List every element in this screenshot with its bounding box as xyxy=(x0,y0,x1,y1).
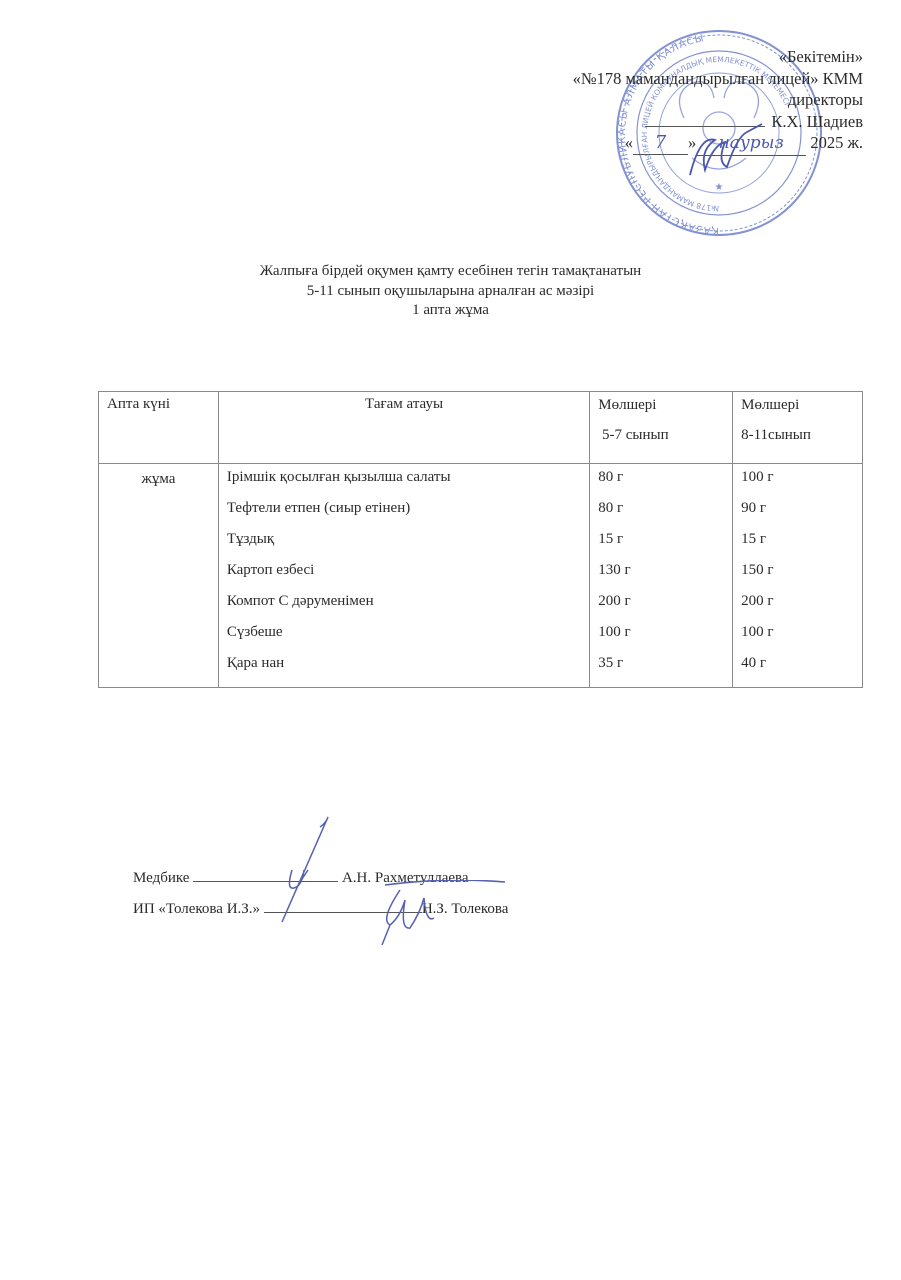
dish-name: Тұздық xyxy=(219,528,589,559)
qty-8-11-value: 90 г xyxy=(733,497,862,528)
menu-table: Апта күні Тағам атауы Мөлшері 5-7 сынып … xyxy=(98,391,863,688)
table-body-row: жұма Ірімшік қосылған қызылша салатыТефт… xyxy=(99,464,863,688)
dish-name: Компот С дәруменімен xyxy=(219,590,589,621)
nurse-signature xyxy=(270,812,350,932)
qty-5-7-value: 35 г xyxy=(590,652,732,683)
header-qty-5-7: Мөлшері 5-7 сынып xyxy=(590,392,733,464)
qty-8-11-value: 200 г xyxy=(733,590,862,621)
dish-column: Ірімшік қосылған қызылша салатыТефтели е… xyxy=(218,464,589,688)
dish-name: Қара нан xyxy=(219,652,589,683)
title-line-3: 1 апта жұма xyxy=(0,301,901,321)
approval-position: директоры xyxy=(573,89,863,111)
approval-organization: «№178 мамандандырылған лицей» КММ xyxy=(573,68,863,90)
director-signature xyxy=(660,120,790,190)
qty-8-11-value: 100 г xyxy=(733,621,862,652)
title-line-2: 5-11 сынып оқушыларына арналған ас мәзір… xyxy=(0,282,901,302)
table-header-row: Апта күні Тағам атауы Мөлшері 5-7 сынып … xyxy=(99,392,863,464)
qty-5-7-value: 130 г xyxy=(590,559,732,590)
header-dish: Тағам атауы xyxy=(218,392,589,464)
day-cell: жұма xyxy=(99,464,219,688)
dish-name: Картоп езбесі xyxy=(219,559,589,590)
header-qty-8-11: Мөлшері8-11сынып xyxy=(733,392,863,464)
header-day: Апта күні xyxy=(99,392,219,464)
qty-5-7-value: 200 г xyxy=(590,590,732,621)
qty-5-7-value: 80 г xyxy=(590,497,732,528)
dish-name: Ірімшік қосылған қызылша салаты xyxy=(219,466,589,497)
qty-8-11-value: 100 г xyxy=(733,466,862,497)
qty-8-11-value: 150 г xyxy=(733,559,862,590)
qty-8-11-value: 40 г xyxy=(733,652,862,683)
qty-5-7-value: 15 г xyxy=(590,528,732,559)
qty-8-11-value: 15 г xyxy=(733,528,862,559)
dish-name: Тефтели етпен (сиыр етінен) xyxy=(219,497,589,528)
qty-5-7-column: 80 г80 г15 г130 г200 г100 г35 г xyxy=(590,464,733,688)
qty-5-7-value: 100 г xyxy=(590,621,732,652)
ip-signature xyxy=(370,880,530,950)
title-line-1: Жалпыға бірдей оқумен қамту есебінен тег… xyxy=(0,262,901,282)
approval-title: «Бекітемін» xyxy=(573,46,863,68)
qty-5-7-value: 80 г xyxy=(590,466,732,497)
dish-name: Сүзбеше xyxy=(219,621,589,652)
document-title: Жалпыға бірдей оқумен қамту есебінен тег… xyxy=(0,262,901,321)
qty-8-11-column: 100 г90 г15 г150 г200 г100 г40 г xyxy=(733,464,863,688)
